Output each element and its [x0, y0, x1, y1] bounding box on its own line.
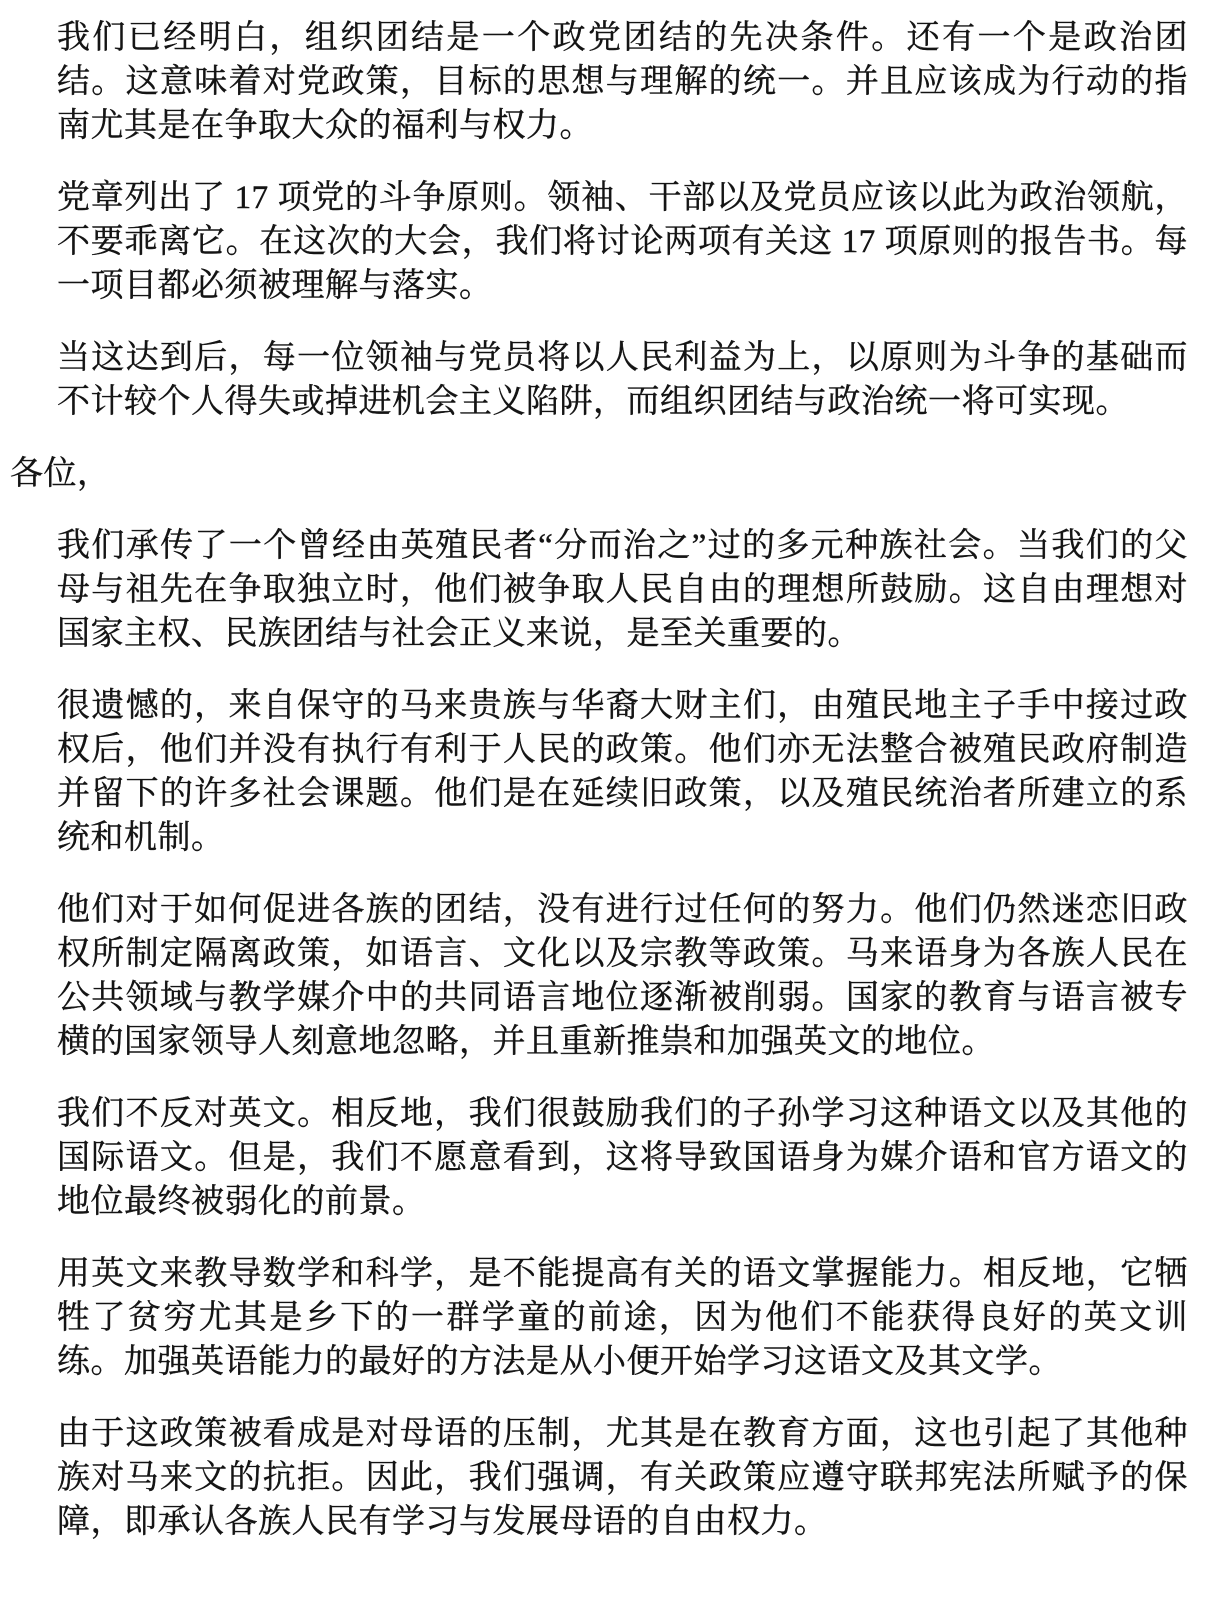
paragraph-party-constitution-17-principles: 党章列出了 17 项党的斗争原则。领袖、干部以及党员应该以此为政治领航，不要乖离… [57, 176, 1188, 308]
paragraph-segregation-policies-language: 他们对于如何促进各族的团结，没有进行过任何的努力。他们仍然迷恋旧政权所制定隔离政… [57, 888, 1188, 1064]
paragraph-divide-and-rule-legacy: 我们承传了一个曾经由英殖民者“分而治之”过的多元种族社会。当我们的父母与祖先在争… [57, 524, 1188, 656]
paragraph-not-against-english: 我们不反对英文。相反地，我们很鼓励我们的子孙学习这种语文以及其他的国际语文。但是… [57, 1092, 1188, 1224]
paragraph-people-interest-first: 当这达到后，每一位领袖与党员将以人民利益为上，以原则为斗争的基础而不计较个人得失… [57, 336, 1188, 424]
salutation-line: 各位， [10, 452, 1188, 496]
document-page: 我们已经明白，组织团结是一个政党团结的先决条件。还有一个是政治团结。这意味着对党… [0, 0, 1224, 1600]
paragraph-teaching-math-science-in-english: 用英文来教导数学和科学，是不能提高有关的语文掌握能力。相反地，它牺牲了贫穷尤其是… [57, 1252, 1188, 1384]
paragraph-colonial-power-transfer: 很遗憾的，来自保守的马来贵族与华裔大财主们，由殖民地主子手中接过政权后，他们并没… [57, 684, 1188, 860]
paragraph-mother-tongue-rights: 由于这政策被看成是对母语的压制，尤其是在教育方面，这也引起了其他种族对马来文的抗… [57, 1412, 1188, 1544]
paragraph-organizational-unity: 我们已经明白，组织团结是一个政党团结的先决条件。还有一个是政治团结。这意味着对党… [57, 16, 1188, 148]
